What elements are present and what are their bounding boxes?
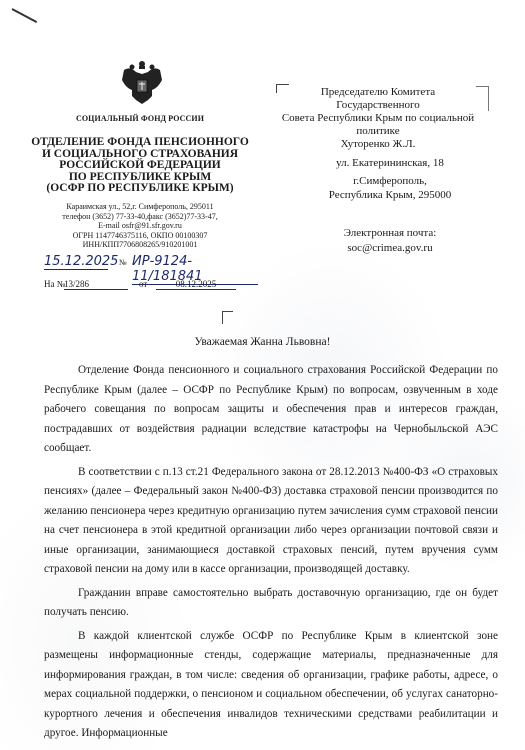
outgoing-date: 15.12.2025: [44, 254, 108, 270]
address-line: Караимская ул., 52,г. Симферополь, 29501…: [20, 202, 260, 212]
email-label: Электронная почта:: [290, 226, 490, 241]
number-sign: №: [119, 258, 127, 267]
salutation: Уважаемая Жанна Львовна!: [0, 336, 525, 348]
recipient-email-block: Электронная почта: soc@crimea.gov.ru: [290, 226, 490, 256]
letter-body: Отделение Фонда пенсионного и социальног…: [44, 361, 498, 748]
ogrn-line: ОГРН 1147746375116, ОКПО 00100307: [20, 231, 260, 241]
organization-contacts: Караимская ул., 52,г. Симферополь, 29501…: [20, 202, 260, 250]
recipient-email: soc@crimea.gov.ru: [290, 241, 490, 256]
paragraph: Отделение Фонда пенсионного и социальног…: [44, 361, 498, 459]
in-reply-from-label: от: [139, 279, 147, 289]
recipient-block: Председателю Комитета Государственного С…: [278, 86, 478, 151]
in-reply-number: 13/286: [64, 279, 128, 290]
letter-page: СОЦИАЛЬНЫЙ ФОНД РОССИИ ОТДЕЛЕНИЕ ФОНДА П…: [0, 0, 525, 750]
in-reply-date: 08.12.2025: [156, 279, 236, 290]
phone-line: телефон (3652) 77-33-40,факс (3652)77-33…: [20, 212, 260, 222]
corner-bracket: [222, 311, 233, 324]
outgoing-registration: 15.12.2025 № ИР-9124-11/181841: [44, 254, 254, 274]
in-reply-label: На №: [44, 279, 65, 289]
email-line: E-mail osfr@91.sfr.gov.ru: [20, 221, 260, 231]
recipient-address: ул. Екатерининская, 18 г.Симферополь, Ре…: [290, 156, 490, 202]
paragraph: В каждой клиентской службе ОСФР по Респу…: [44, 627, 498, 744]
inn-line: ИНН/КПП7706808265/910201001: [20, 240, 260, 250]
corner-mark: [12, 8, 38, 23]
recipient-name: Хуторенко Ж.Л.: [278, 138, 478, 151]
paragraph: В соответствии с п.13 ст.21 Федерального…: [44, 463, 498, 580]
coat-of-arms-icon: [120, 60, 164, 106]
in-reply-to: На № 13/286 от 08.12.2025: [44, 279, 244, 293]
paragraph: Гражданин вправе самостоятельно выбрать …: [44, 584, 498, 623]
fund-name: СОЦИАЛЬНЫЙ ФОНД РОССИИ: [0, 114, 280, 123]
organization-name: ОТДЕЛЕНИЕ ФОНДА ПЕНСИОННОГО И СОЦИАЛЬНОГ…: [20, 137, 260, 195]
